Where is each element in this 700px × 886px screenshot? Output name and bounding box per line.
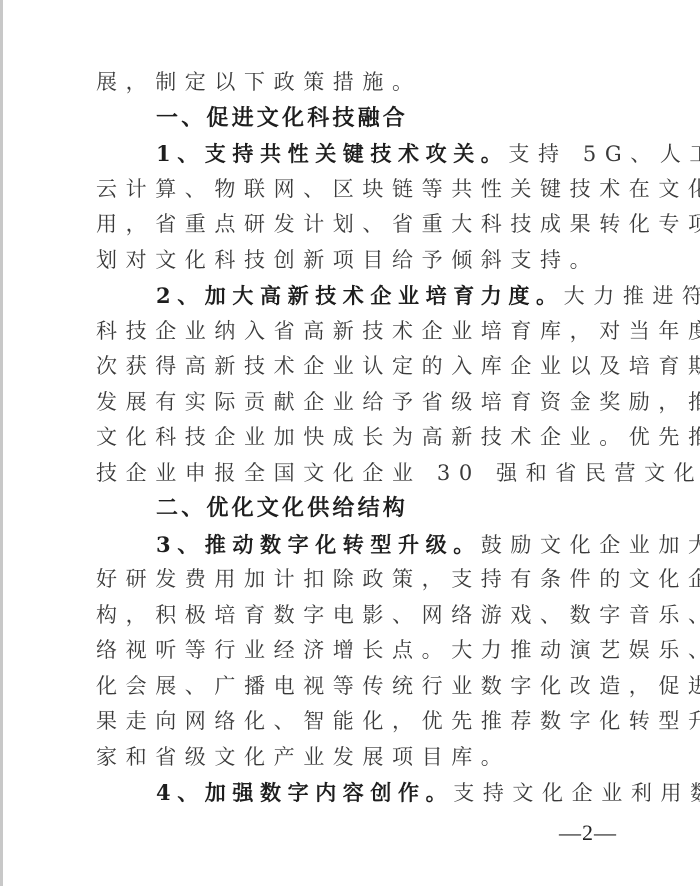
body-line: 展，制定以下政策措施。 [96,65,636,101]
item-4-text: 支持文化企业利用数字技术制作生 [453,781,700,805]
section-heading-1: 一、促进文化科技融合 [96,101,636,137]
page-number: —2— [559,820,617,846]
item-3-lead: 3、推动数字化转型升级。 [156,532,481,557]
item-2-line: 2、加大高新技术企业培育力度。大力推进符合条件的文化 [96,278,636,314]
document-body: 展，制定以下政策措施。 一、促进文化科技融合 1、支持共性关键技术攻关。支持 5… [96,65,636,811]
body-line: 次获得高新技术企业认定的入库企业以及培育期内对经济社会 [96,349,636,385]
body-line: 发展有实际贡献企业给予省级培育资金奖励，推进入库培育的 [96,385,636,421]
body-line: 划对文化科技创新项目给予倾斜支持。 [96,243,636,279]
body-line: 云计算、物联网、区块链等共性关键技术在文化领域的创新应 [96,172,636,208]
item-2-lead: 2、加大高新技术企业培育力度。 [156,283,564,308]
body-line: 科技企业纳入省高新技术企业培育库，对当年度入库企业、首 [96,314,636,350]
body-line: 化会展、广播电视等传统行业数字化改造，促进文化数字化成 [96,669,636,705]
item-1-text: 支持 5G、人工智能、大数据、 [508,142,700,166]
item-4-lead: 4、加强数字内容创作。 [156,780,453,805]
item-1-line: 1、支持共性关键技术攻关。支持 5G、人工智能、大数据、 [96,136,636,172]
body-line: 果走向网络化、智能化，优先推荐数字化转型升级项目纳入国 [96,704,636,740]
body-line: 技企业申报全国文化企业 30 强和省民营文化企业 30 强。 [96,456,636,492]
item-3-text: 鼓励文化企业加大研发投入，用 [481,533,700,557]
section-heading-2: 二、优化文化供给结构 [96,491,636,527]
item-2-text: 大力推进符合条件的文化 [564,284,700,308]
item-3-line: 3、推动数字化转型升级。鼓励文化企业加大研发投入，用 [96,527,636,563]
body-line: 络视听等行业经济增长点。大力推动演艺娱乐、文化旅游、文 [96,633,636,669]
body-line: 好研发费用加计扣除政策，支持有条件的文化企业设立研发机 [96,562,636,598]
body-line: 用，省重点研发计划、省重大科技成果转化专项等省级科技计 [96,207,636,243]
body-line: 家和省级文化产业发展项目库。 [96,740,636,776]
document-page: 展，制定以下政策措施。 一、促进文化科技融合 1、支持共性关键技术攻关。支持 5… [0,0,700,886]
body-line: 文化科技企业加快成长为高新技术企业。优先推荐省级文化科 [96,420,636,456]
item-4-line: 4、加强数字内容创作。支持文化企业利用数字技术制作生 [96,775,636,811]
item-1-lead: 1、支持共性关键技术攻关。 [156,141,508,166]
body-line: 构，积极培育数字电影、网络游戏、数字音乐、数字出版、网 [96,598,636,634]
